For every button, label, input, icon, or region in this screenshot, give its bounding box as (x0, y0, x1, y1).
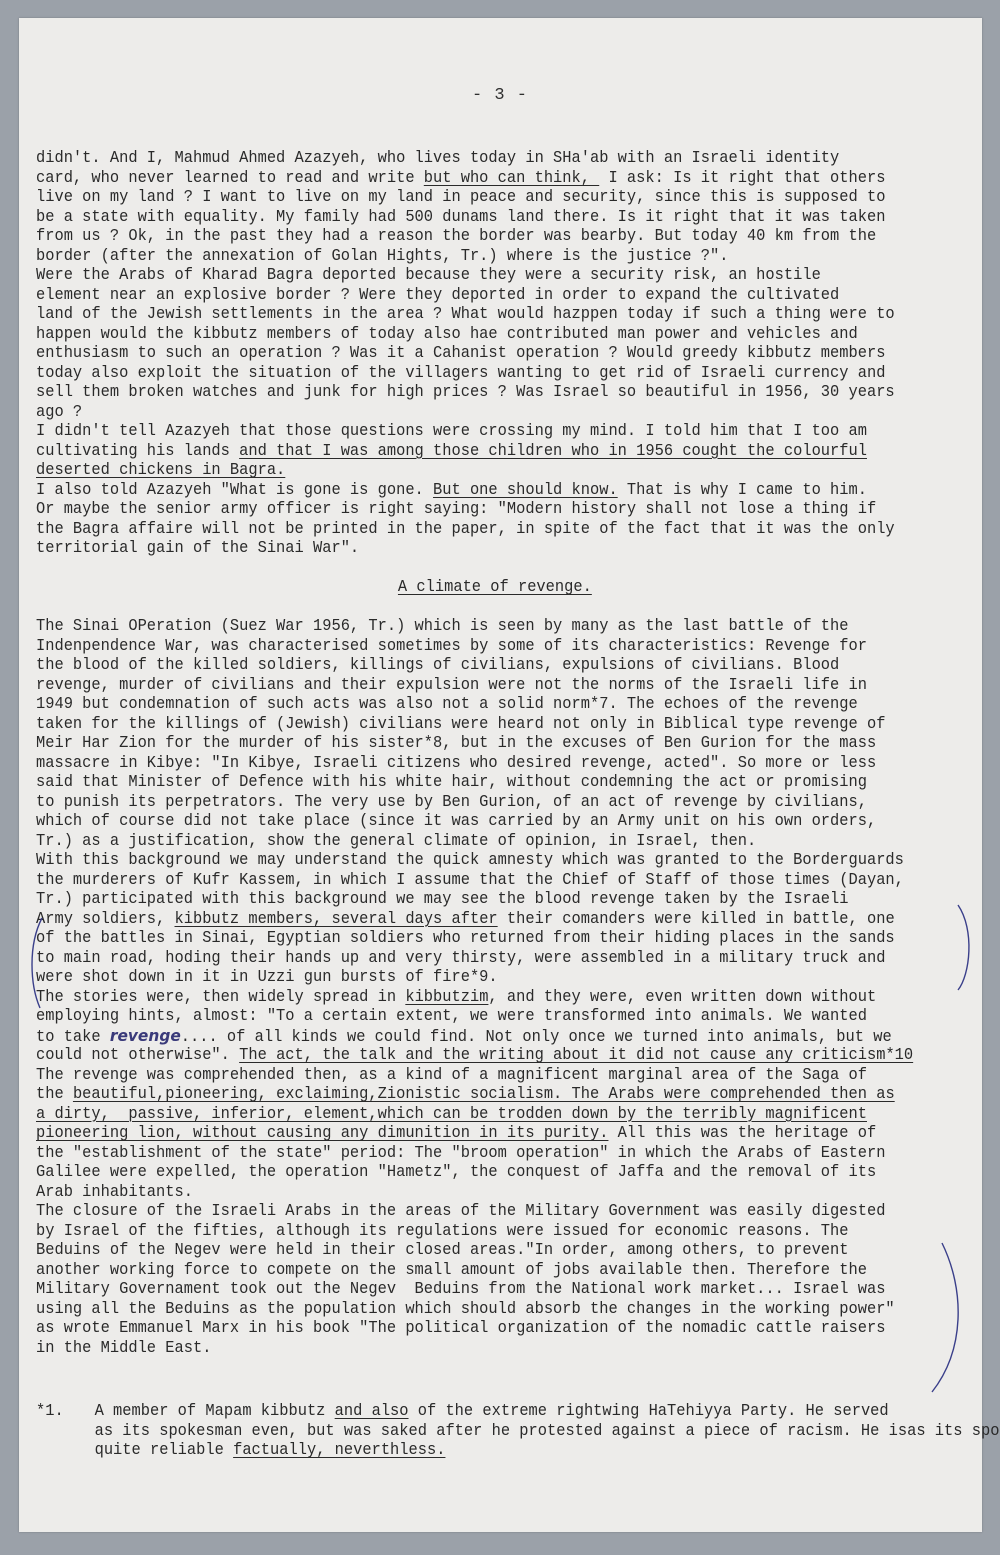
underlined-text: but who can think, (424, 168, 599, 187)
underlined-text: deserted chickens in Bagra. (36, 460, 285, 479)
text-line: to take revenge.... of all kinds we coul… (36, 1026, 913, 1046)
text-segment: A member of Mapam kibbutz (95, 1401, 335, 1420)
text-line: said that Minister of Defence with his w… (36, 772, 913, 792)
text-line: Beduins of the Negev were held in their … (36, 1240, 913, 1260)
text-line: employing hints, almost: "To a certain e… (36, 1006, 913, 1026)
text-line: could not otherwise". The act, the talk … (36, 1045, 913, 1065)
text-line: in the Middle East. (36, 1338, 913, 1358)
text-line: The stories were, then widely spread in … (36, 987, 913, 1007)
text-line: a dirty, passive, inferior, element,whic… (36, 1104, 913, 1124)
text-line: With this background we may understand t… (36, 850, 913, 870)
text-line: sell them broken watches and junk for hi… (36, 382, 913, 402)
text-segment: quite reliable (95, 1440, 234, 1459)
text-line: didn't. And I, Mahmud Ahmed Azazyeh, who… (36, 148, 913, 168)
text-line: the "establishment of the state" period:… (36, 1143, 913, 1163)
text-segment: the (36, 1084, 73, 1103)
section-heading: A climate of revenge. (398, 577, 592, 596)
text-segment: could not otherwise". (36, 1045, 239, 1064)
text-line: Military Governament took out the Negev … (36, 1279, 913, 1299)
text-line: Tr.) as a justification, show the genera… (36, 831, 913, 851)
footnote-line: quite reliable factually, neverthless. (36, 1440, 1000, 1460)
text-line: Were the Arabs of Kharad Bagra deported … (36, 265, 913, 285)
text-line: the Bagra affaire will not be printed in… (36, 519, 913, 539)
text-line: which of course did not take place (sinc… (36, 811, 913, 831)
text-segment: Army soldiers, (36, 909, 175, 928)
text-line: The revenge was comprehended then, as a … (36, 1065, 913, 1085)
text-line: I didn't tell Azazyeh that those questio… (36, 421, 913, 441)
text-line: from us ? Ok, in the past they had a rea… (36, 226, 913, 246)
footnote-line: as its spokesman even, but was saked aft… (36, 1421, 1000, 1441)
text-line: Army soldiers, kibbutz members, several … (36, 909, 913, 929)
underlined-text: The act, the talk and the writing about … (239, 1045, 913, 1064)
underlined-text: kibbutz members, several days after (175, 909, 498, 928)
text-segment: as its spokesman even, but was saked aft… (907, 1421, 1000, 1440)
text-line: Tr.) participated with this background w… (36, 889, 913, 909)
text-line: 1949 but condemnation of such acts was a… (36, 694, 913, 714)
underlined-text: a dirty, passive, inferior, element,whic… (36, 1104, 867, 1123)
body-text: didn't. And I, Mahmud Ahmed Azazyeh, who… (36, 148, 913, 1357)
text-segment: of the extreme rightwing HaTehiyya Party… (409, 1401, 889, 1420)
text-segment: The stories were, then widely spread in (36, 987, 405, 1006)
text-line: to punish its perpetrators. The very use… (36, 792, 913, 812)
text-line: land of the Jewish settlements in the ar… (36, 304, 913, 324)
underlined-text: kibbutzim (405, 987, 488, 1006)
text-line: card, who never learned to read and writ… (36, 168, 913, 188)
footnote-marker: *1. (36, 1401, 95, 1421)
text-segment: I also told Azazyeh "What is gone is gon… (36, 480, 433, 499)
text-line: Arab inhabitants. (36, 1182, 913, 1202)
text-line: the murderers of Kufr Kassem, in which I… (36, 870, 913, 890)
text-line: element near an explosive border ? Were … (36, 285, 913, 305)
text-line: Or maybe the senior army officer is righ… (36, 499, 913, 519)
text-line: territorial gain of the Sinai War". (36, 538, 913, 558)
text-line: pioneering lion, without causing any dim… (36, 1123, 913, 1143)
text-line: deserted chickens in Bagra. (36, 460, 913, 480)
text-line: Indenpendence War, was characterised som… (36, 636, 913, 656)
text-segment: All this was the heritage of (608, 1123, 876, 1142)
page-number: - 3 - (0, 86, 1000, 105)
text-line: another working force to compete on the … (36, 1260, 913, 1280)
text-line: cultivating his lands and that I was amo… (36, 441, 913, 461)
text-segment: , and they were, even written down witho… (488, 987, 876, 1006)
underlined-text: and that I was among those children who … (239, 441, 867, 460)
text-line: be a state with equality. My family had … (36, 207, 913, 227)
text-line: to main road, hoding their hands up and … (36, 948, 913, 968)
text-line: The closure of the Israeli Arabs in the … (36, 1201, 913, 1221)
text-line: were shot down in it in Uzzi gun bursts … (36, 967, 913, 987)
text-line: ago ? (36, 402, 913, 422)
text-segment: I ask: Is it right that others (599, 168, 885, 187)
text-segment: card, who never learned to read and writ… (36, 168, 424, 187)
underlined-text: factually, neverthless. (233, 1440, 445, 1459)
underlined-text: and also (335, 1401, 409, 1420)
text-line: The Sinai OPeration (Suez War 1956, Tr.)… (36, 616, 913, 636)
text-line: the blood of the killed soldiers, killin… (36, 655, 913, 675)
text-line: enthusiasm to such an operation ? Was it… (36, 343, 913, 363)
text-line: by Israel of the fifties, although its r… (36, 1221, 913, 1241)
handwritten-insertion: revenge (110, 1026, 181, 1045)
underlined-text: pioneering lion, without causing any dim… (36, 1123, 608, 1142)
text-line: massacre in Kibye: "In Kibye, Israeli ci… (36, 753, 913, 773)
text-line: border (after the annexation of Golan Hi… (36, 246, 913, 266)
text-line: as wrote Emmanuel Marx in his book "The … (36, 1318, 913, 1338)
text-line: using all the Beduins as the population … (36, 1299, 913, 1319)
footnote-line: *1.A member of Mapam kibbutz and also of… (36, 1401, 1000, 1421)
text-line: Galilee were expelled, the operation "Ha… (36, 1162, 913, 1182)
text-line: the beautiful,pioneering, exclaiming,Zio… (36, 1084, 913, 1104)
underlined-text: beautiful,pioneering, exclaiming,Zionist… (73, 1084, 895, 1103)
text-segment: .... of all kinds we could find. Not onl… (181, 1027, 892, 1046)
text-line: Meir Har Zion for the murder of his sist… (36, 733, 913, 753)
text-line: revenge, murder of civilians and their e… (36, 675, 913, 695)
text-line: of the battles in Sinai, Egyptian soldie… (36, 928, 913, 948)
text-segment: to take (36, 1027, 110, 1046)
text-segment: That is why I came to him. (618, 480, 867, 499)
underlined-text: But one should know. (433, 480, 618, 499)
text-line: taken for the killings of (Jewish) civil… (36, 714, 913, 734)
text-line: live on my land ? I want to live on my l… (36, 187, 913, 207)
text-segment: their comanders were killed in battle, o… (498, 909, 895, 928)
text-segment: cultivating his lands (36, 441, 239, 460)
text-line: today also exploit the situation of the … (36, 363, 913, 383)
footnote: *1.A member of Mapam kibbutz and also of… (36, 1401, 1000, 1460)
text-line: I also told Azazyeh "What is gone is gon… (36, 480, 913, 500)
text-line: happen would the kibbutz members of toda… (36, 324, 913, 344)
